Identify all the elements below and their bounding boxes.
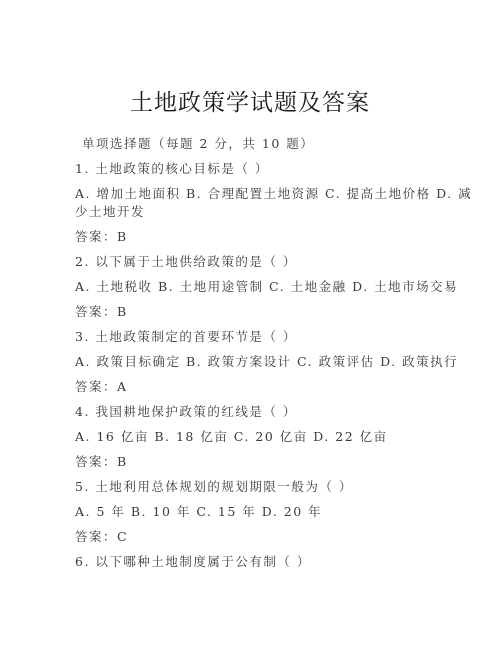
question-5-options: A. 5 年 B. 10 年 C. 15 年 D. 20 年: [75, 503, 435, 521]
question-2-answer: 答案：B: [75, 303, 435, 321]
question-1: 1. 土地政策的核心目标是（ ）: [75, 160, 435, 178]
question-6: 6. 以下哪种土地制度属于公有制（ ）: [75, 553, 435, 571]
question-2: 2. 以下属于土地供给政策的是（ ）: [75, 253, 435, 271]
question-3: 3. 土地政策制定的首要环节是（ ）: [75, 328, 435, 346]
question-3-answer: 答案：A: [75, 378, 435, 396]
question-1-options-cont: 少土地开发: [75, 203, 435, 221]
question-4-options: A. 16 亿亩 B. 18 亿亩 C. 20 亿亩 D. 22 亿亩: [75, 428, 435, 446]
question-4: 4. 我国耕地保护政策的红线是（ ）: [75, 403, 435, 421]
question-4-answer: 答案：B: [75, 453, 435, 471]
section-heading: 单项选择题（每题 2 分，共 10 题）: [82, 135, 442, 153]
question-1-options: A. 增加土地面积 B. 合理配置土地资源 C. 提高土地价格 D. 减: [75, 185, 435, 203]
question-3-options: A. 政策目标确定 B. 政策方案设计 C. 政策评估 D. 政策执行: [75, 353, 435, 371]
question-5-answer: 答案：C: [75, 528, 435, 546]
question-2-options: A. 土地税收 B. 土地用途管制 C. 土地金融 D. 土地市场交易: [75, 278, 435, 296]
question-5: 5. 土地利用总体规划的规划期限一般为（ ）: [75, 478, 435, 496]
question-1-answer: 答案：B: [75, 228, 435, 246]
document-title: 土地政策学试题及答案: [0, 84, 500, 117]
